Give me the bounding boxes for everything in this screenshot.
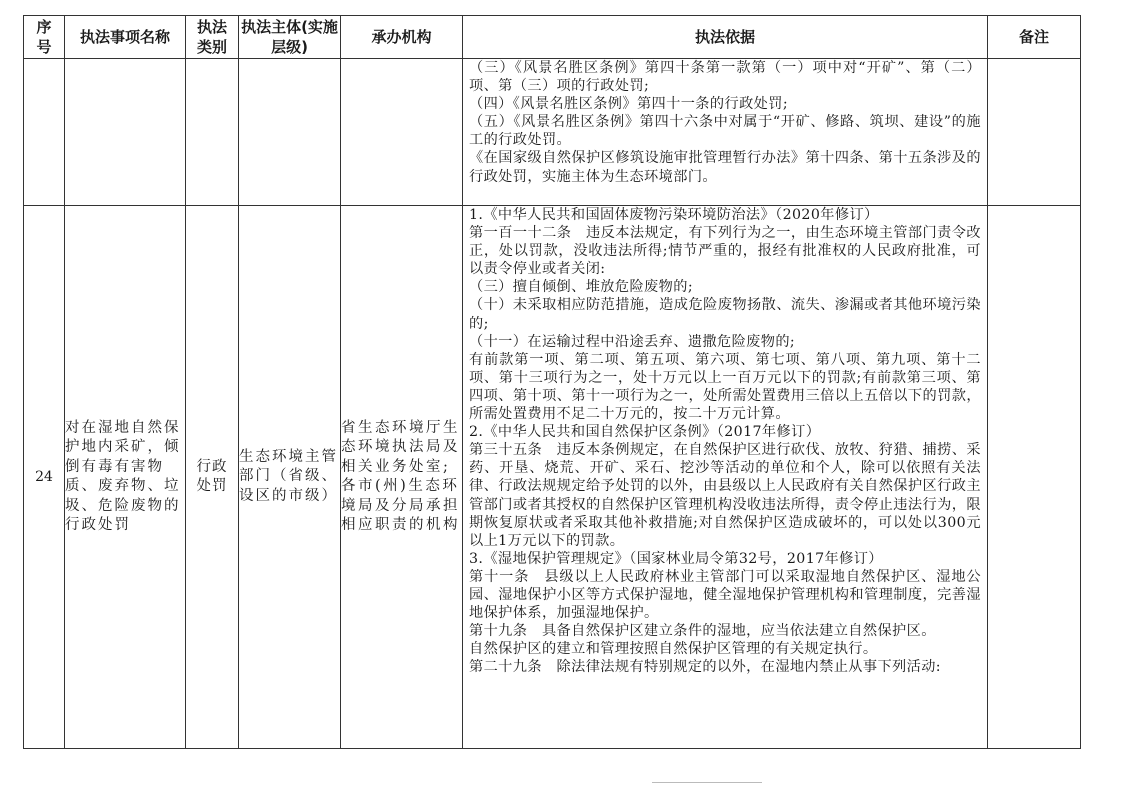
basis-paragraph: 第十九条 具备自然保护区建立条件的湿地，应当依法建立自然保护区。	[469, 622, 981, 640]
basis-paragraph: （三）《风景名胜区条例》第四十条第一款第（一）项中对“开矿”、第（二）项、第（三…	[469, 59, 981, 95]
header-remarks: 备注	[988, 16, 1081, 59]
basis-paragraph: （三）擅自倾倒、堆放危险废物的;	[469, 278, 981, 296]
basis-paragraph: 第一百一十二条 违反本法规定，有下列行为之一，由生态环境主管部门责令改正，处以罚…	[469, 224, 981, 278]
header-subject: 执法主体(实施层级)	[239, 16, 341, 59]
basis-paragraph: 《在国家级自然保护区修筑设施审批管理暂行办法》第十四条、第十五条涉及的行政处罚，…	[469, 149, 981, 185]
cell-category	[186, 59, 239, 206]
cell-index: 24	[24, 206, 65, 749]
cell-index	[24, 59, 65, 206]
table-header-row: 序号 执法事项名称 执法类别 执法主体(实施层级) 承办机构 执法依据 备注	[24, 16, 1081, 59]
cell-item-name: 对在湿地自然保护地内采矿，倾倒有毒有害物质、废弃物、垃圾、危险废物的行政处罚	[65, 206, 186, 749]
basis-paragraph: （十）未采取相应防范措施，造成危险废物扬散、流失、渗漏或者其他环境污染的;	[469, 296, 981, 332]
basis-paragraph: 有前款第一项、第二项、第五项、第六项、第七项、第八项、第九项、第十二项、第十三项…	[469, 351, 981, 423]
header-category: 执法类别	[186, 16, 239, 59]
cell-remarks	[988, 206, 1081, 749]
basis-paragraph: （十一）在运输过程中沿途丢弃、遗撒危险废物的;	[469, 333, 981, 351]
basis-paragraph: 1.《中华人民共和国固体废物污染环境防治法》（2020年修订）	[469, 206, 981, 224]
cell-subject: 生态环境主管部门（省级、设区的市级）	[239, 206, 341, 749]
cell-basis: 1.《中华人民共和国固体废物污染环境防治法》（2020年修订） 第一百一十二条 …	[463, 206, 988, 749]
basis-paragraph: 第二十九条 除法律法规有特别规定的以外，在湿地内禁止从事下列活动:	[469, 658, 981, 676]
cell-subject	[239, 59, 341, 206]
cell-basis: （三）《风景名胜区条例》第四十条第一款第（一）项中对“开矿”、第（二）项、第（三…	[463, 59, 988, 206]
basis-paragraph: （四）《风景名胜区条例》第四十一条的行政处罚;	[469, 95, 981, 113]
basis-paragraph: 自然保护区的建立和管理按照自然保护区管理的有关规定执行。	[469, 640, 981, 658]
cell-organ: 省生态环境厅生态环境执法局及相关业务处室;各市(州)生态环境局及分局承担相应职责…	[341, 206, 463, 749]
cell-remarks	[988, 59, 1081, 206]
basis-paragraph: （五）《风景名胜区条例》第四十六条中对属于“开矿、修路、筑坝、建设”的施工的行政…	[469, 113, 981, 149]
header-index: 序号	[24, 16, 65, 59]
enforcement-items-table: 序号 执法事项名称 执法类别 执法主体(实施层级) 承办机构 执法依据 备注 （…	[23, 15, 1081, 749]
cell-item-name	[65, 59, 186, 206]
table-row: （三）《风景名胜区条例》第四十条第一款第（一）项中对“开矿”、第（二）项、第（三…	[24, 59, 1081, 206]
cell-organ	[341, 59, 463, 206]
header-basis: 执法依据	[463, 16, 988, 59]
basis-paragraph: 第十一条 县级以上人民政府林业主管部门可以采取湿地自然保护区、湿地公园、湿地保护…	[469, 568, 981, 622]
basis-paragraph: 2.《中华人民共和国自然保护区条例》（2017年修订）	[469, 423, 981, 441]
header-organ: 承办机构	[341, 16, 463, 59]
table-row: 24 对在湿地自然保护地内采矿，倾倒有毒有害物质、废弃物、垃圾、危险废物的行政处…	[24, 206, 1081, 749]
basis-paragraph: 3.《湿地保护管理规定》（国家林业局令第32号，2017年修订）	[469, 550, 981, 568]
scan-artifact-line	[652, 782, 762, 783]
header-item-name: 执法事项名称	[65, 16, 186, 59]
cell-category: 行政处罚	[186, 206, 239, 749]
basis-paragraph: 第三十五条 违反本条例规定，在自然保护区进行砍伐、放牧、狩猎、捕捞、采药、开垦、…	[469, 441, 981, 550]
